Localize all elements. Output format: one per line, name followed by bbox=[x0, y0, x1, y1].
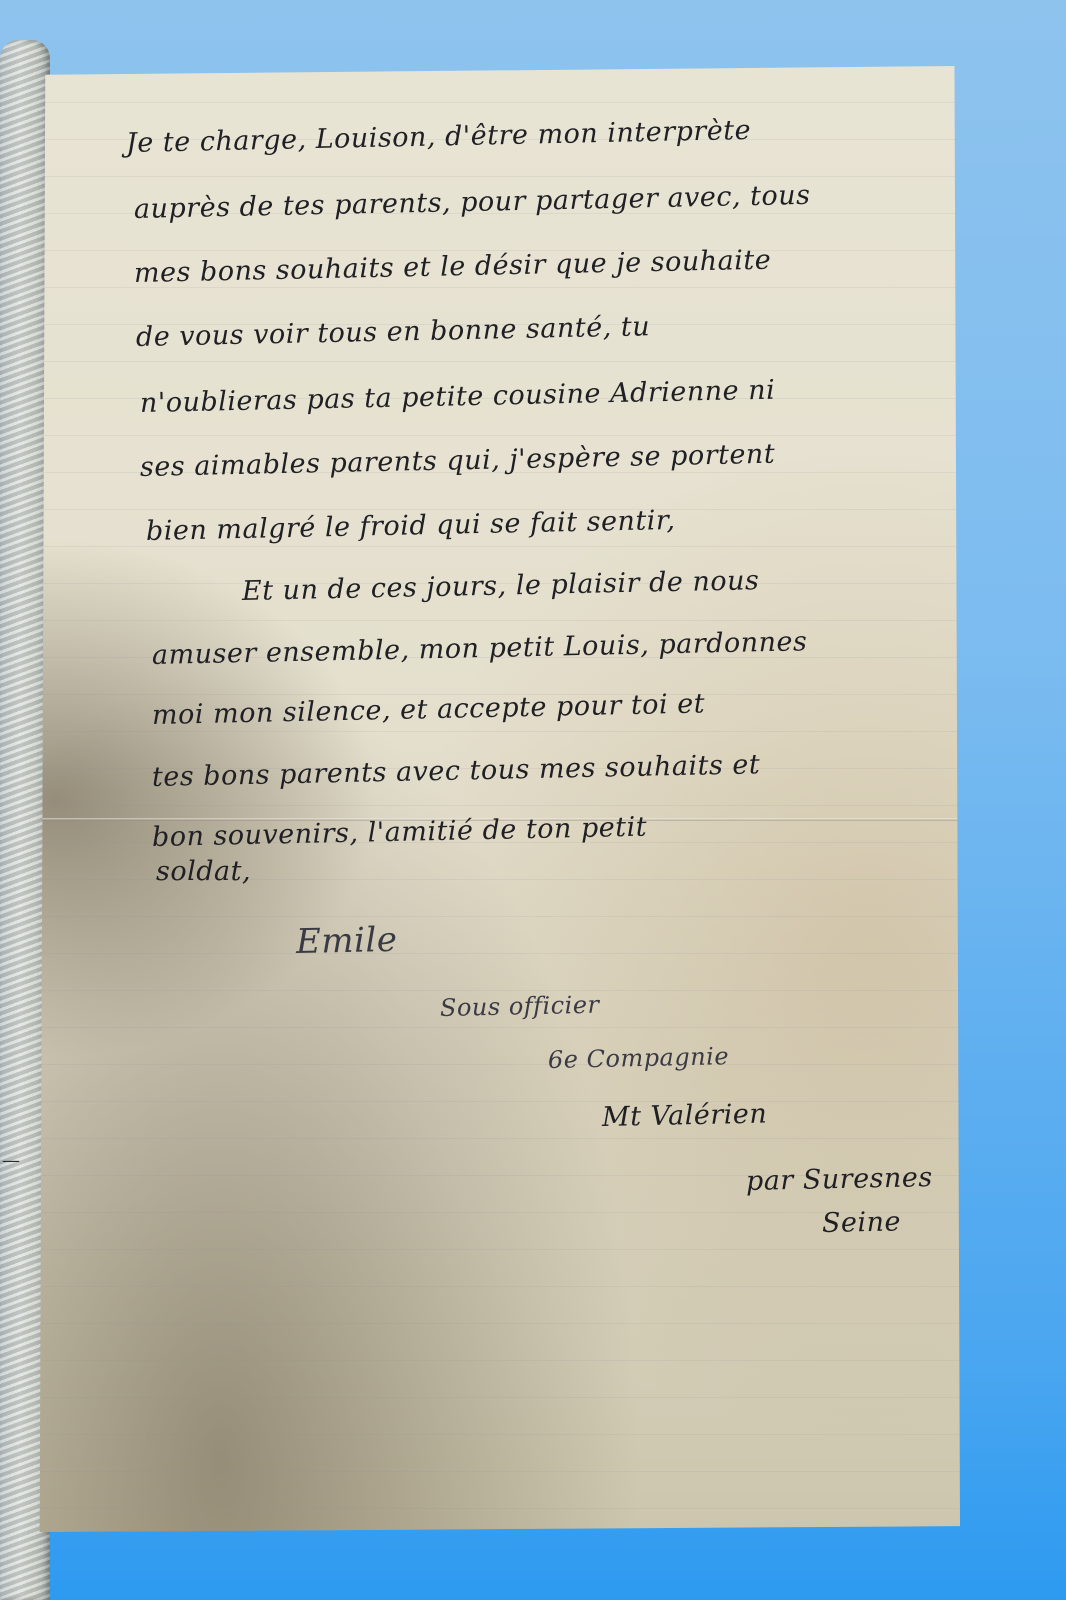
letter-line: moi mon silence, et accepte pour toi et bbox=[152, 688, 706, 731]
letter-line: n'oublieras pas ta petite cousine Adrien… bbox=[140, 375, 776, 419]
address-line: par Suresnes bbox=[746, 1162, 933, 1197]
letter-page: Je te charge, Louison, d'être mon interp… bbox=[36, 66, 960, 1532]
letter-line: amuser ensemble, mon petit Louis, pardon… bbox=[152, 626, 808, 671]
signature: Emile bbox=[296, 920, 398, 962]
address-line: Seine bbox=[822, 1206, 902, 1239]
address-line: Sous officier bbox=[440, 991, 600, 1022]
letter-line: tes bons parents avec tous mes souhaits … bbox=[152, 749, 761, 793]
binder-scrawl: — bbox=[2, 1150, 20, 1171]
address-line: Mt Valérien bbox=[602, 1099, 768, 1133]
letter-line: soldat, bbox=[156, 856, 251, 887]
letter-line: ses aimables parents qui, j'espère se po… bbox=[140, 439, 776, 483]
letter-line: bien malgré le froid qui se fait sentir, bbox=[146, 505, 676, 547]
letter-line: mes bons souhaits et le désir que je sou… bbox=[134, 245, 772, 289]
letter-line: auprès de tes parents, pour partager ave… bbox=[134, 180, 811, 225]
letter-line: Et un de ces jours, le plaisir de nous bbox=[242, 565, 760, 607]
address-line: 6e Compagnie bbox=[548, 1042, 730, 1074]
letter-line: de vous voir tous en bonne santé, tu bbox=[136, 311, 651, 353]
letter-line: Je te charge, Louison, d'être mon interp… bbox=[126, 115, 752, 159]
